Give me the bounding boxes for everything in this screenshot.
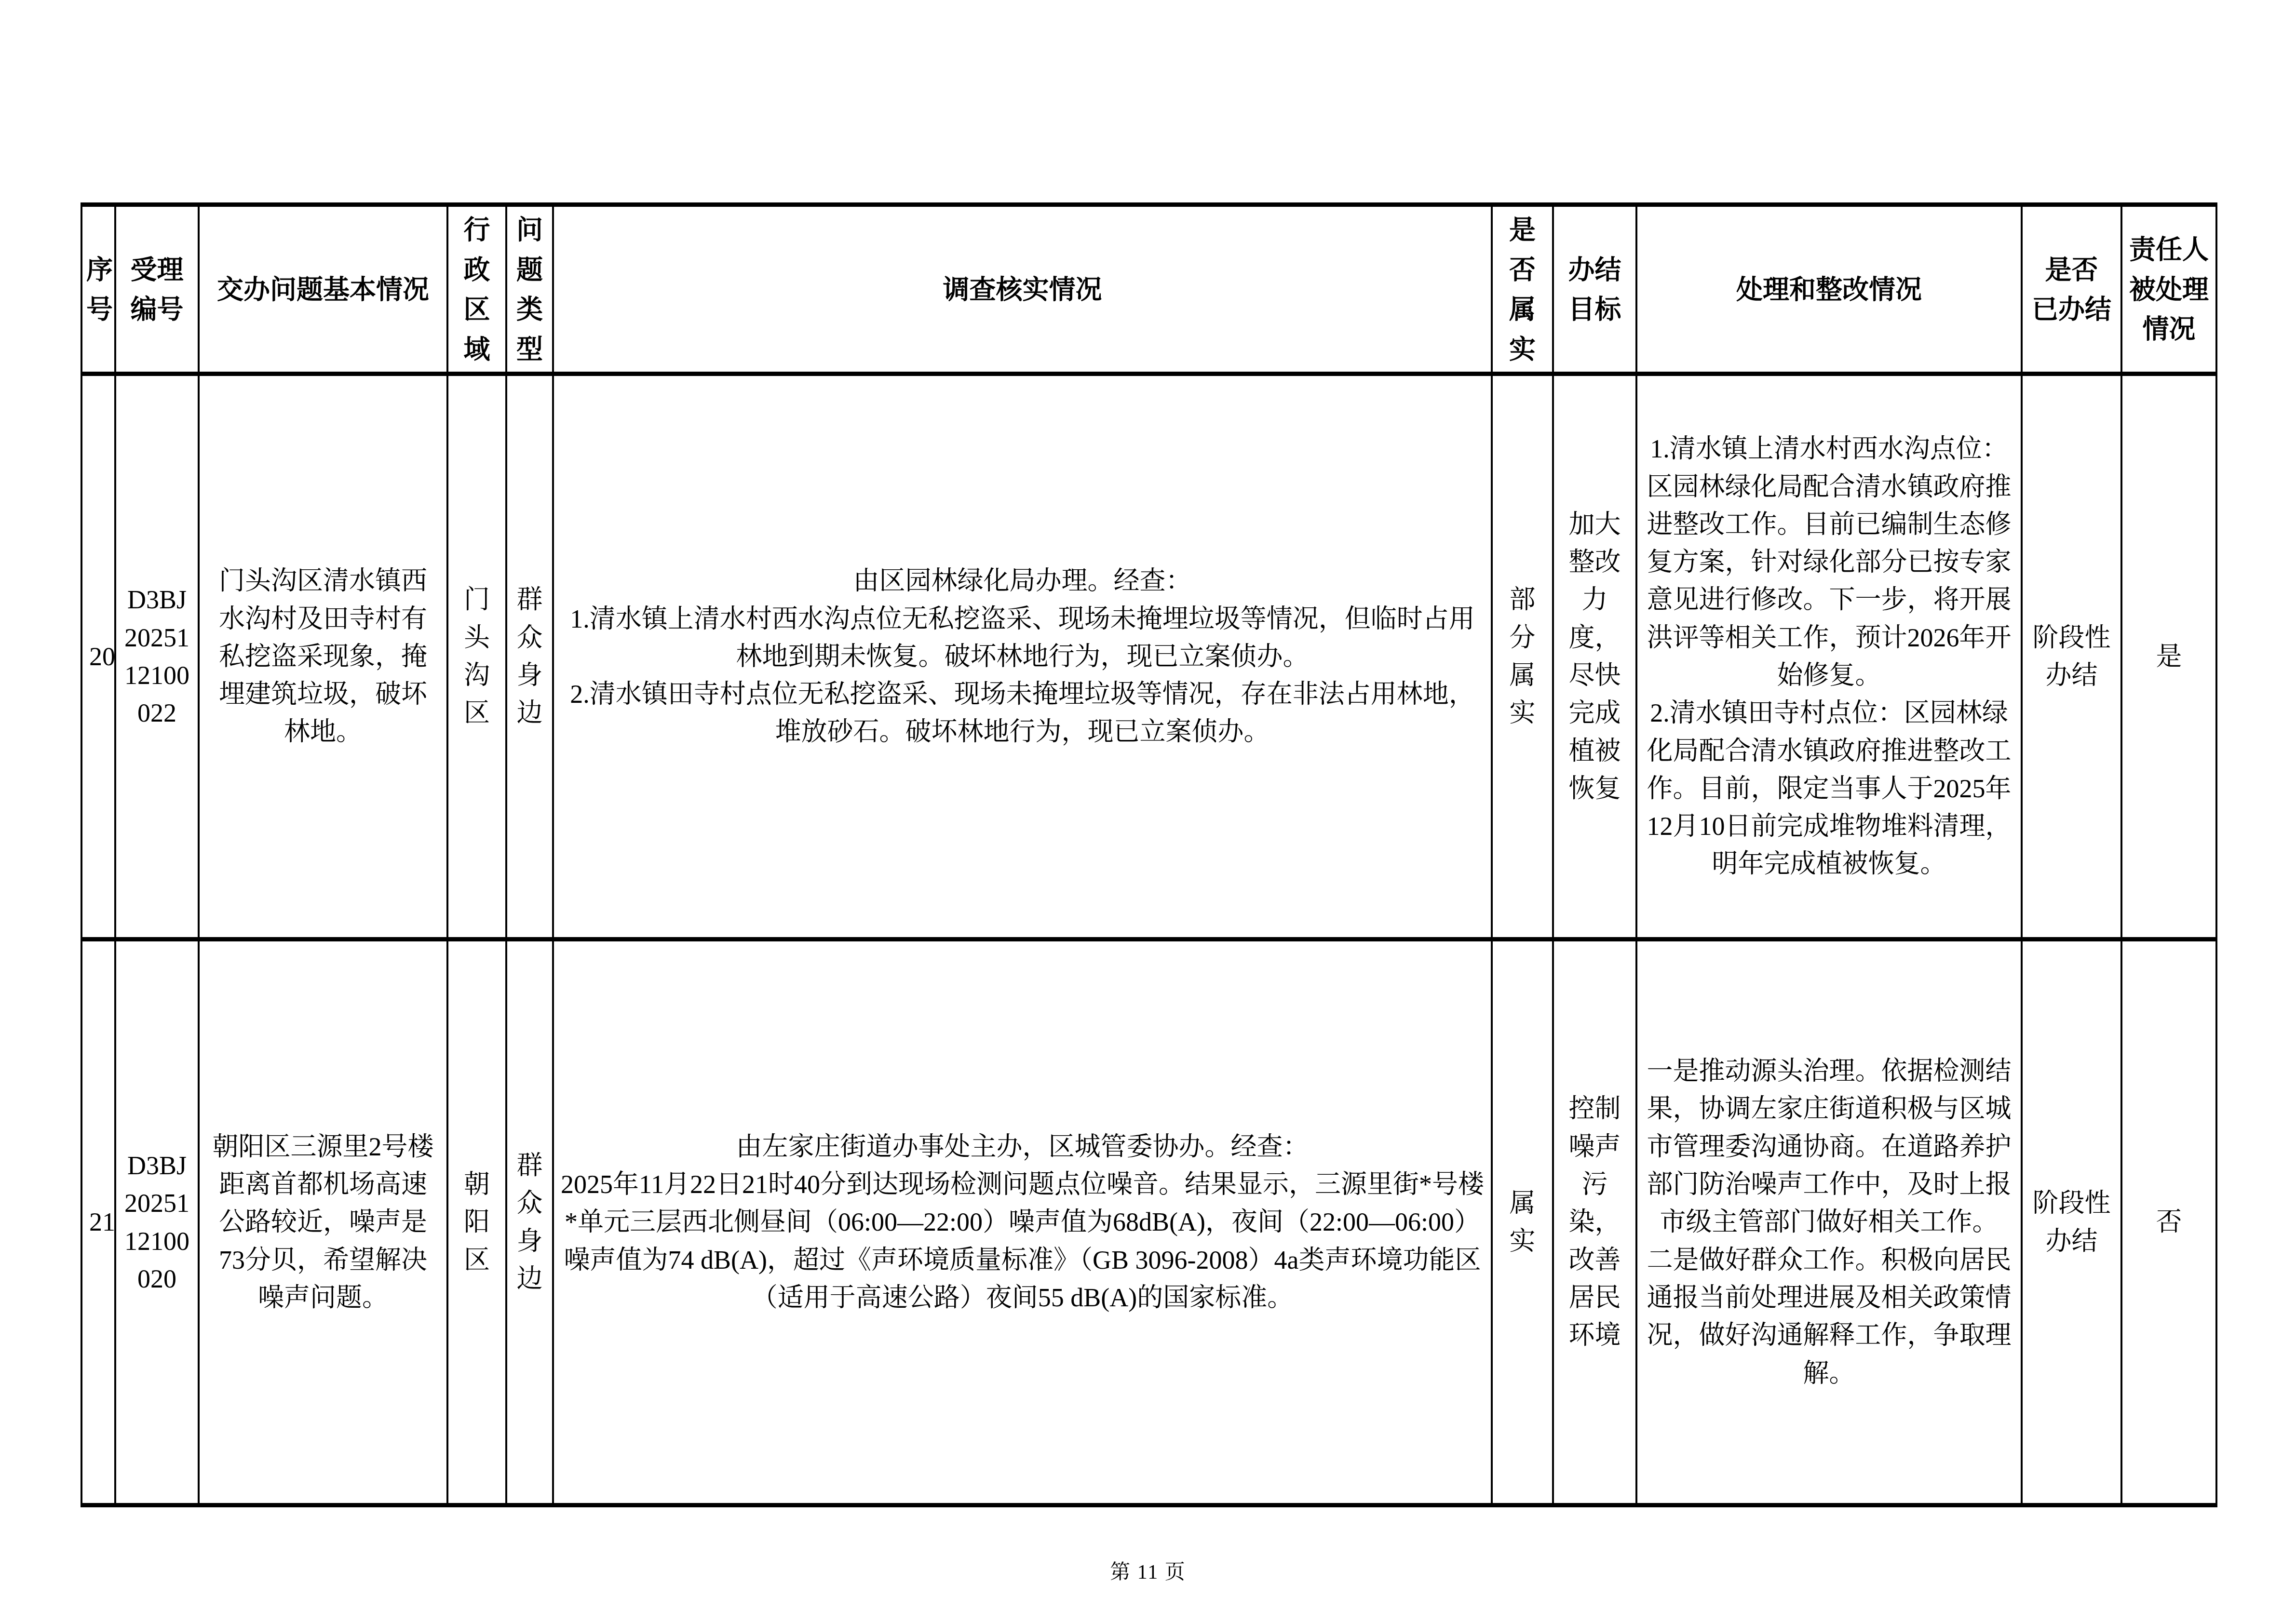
col-header-handling: 处理和整改情况 xyxy=(1636,205,2022,374)
cell-status: 阶段性办结 xyxy=(2022,939,2121,1505)
col-header-responsible: 责任人 被处理 情况 xyxy=(2121,205,2216,374)
col-header-verified: 是否 属实 xyxy=(1492,205,1553,374)
table-row: 20 D3BJ2025112100022 门头沟区清水镇西水沟村及田寺村有私挖盗… xyxy=(81,374,2216,939)
col-header-status: 是否 已办结 xyxy=(2022,205,2121,374)
col-header-region: 行政区域 xyxy=(447,205,506,374)
cell-investigation: 由区园林绿化局办理。经查： 1.清水镇上清水村西水沟点位无私挖盗采、现场未掩埋垃… xyxy=(553,374,1492,939)
cell-responsible: 是 xyxy=(2121,374,2216,939)
cell-problem: 朝阳区三源里2号楼距离首都机场高速公路较近，噪声是73分贝，希望解决噪声问题。 xyxy=(199,939,447,1505)
cell-region: 朝阳区 xyxy=(447,939,506,1505)
cell-case-no: D3BJ2025112100022 xyxy=(115,374,199,939)
cell-handling: 一是推动源头治理。依据检测结果，协调左家庄街道积极与区城市管理委沟通协商。在道路… xyxy=(1636,939,2022,1505)
cell-case-no: D3BJ2025112100020 xyxy=(115,939,199,1505)
cell-type: 群众身边 xyxy=(506,939,553,1505)
complaints-table: 序号 受理 编号 交办问题基本情况 行政区域 问题类型 调查核实情况 是否 属实… xyxy=(81,202,2217,1507)
cell-verified: 部分属实 xyxy=(1492,374,1553,939)
page-number: 第 11 页 xyxy=(0,1556,2296,1585)
cell-verified: 属实 xyxy=(1492,939,1553,1505)
cell-responsible: 否 xyxy=(2121,939,2216,1505)
cell-status: 阶段性办结 xyxy=(2022,374,2121,939)
cell-problem: 门头沟区清水镇西水沟村及田寺村有私挖盗采现象，掩埋建筑垃圾，破坏林地。 xyxy=(199,374,447,939)
col-header-case-no: 受理 编号 xyxy=(115,205,199,374)
cell-investigation: 由左家庄街道办事处主办，区城管委协办。经查： 2025年11月22日21时40分… xyxy=(553,939,1492,1505)
cell-seq: 21 xyxy=(81,939,115,1505)
col-header-type: 问题类型 xyxy=(506,205,553,374)
table-header-row: 序号 受理 编号 交办问题基本情况 行政区域 问题类型 调查核实情况 是否 属实… xyxy=(81,205,2216,374)
cell-seq: 20 xyxy=(81,374,115,939)
col-header-problem: 交办问题基本情况 xyxy=(199,205,447,374)
col-header-goal: 办结 目标 xyxy=(1553,205,1636,374)
table-row: 21 D3BJ2025112100020 朝阳区三源里2号楼距离首都机场高速公路… xyxy=(81,939,2216,1505)
col-header-seq: 序号 xyxy=(81,205,115,374)
cell-region: 门头沟区 xyxy=(447,374,506,939)
cell-goal: 控制噪声污染，改善居民环境 xyxy=(1553,939,1636,1505)
report-sheet: 序号 受理 编号 交办问题基本情况 行政区域 问题类型 调查核实情况 是否 属实… xyxy=(81,202,2215,1507)
col-header-investigation: 调查核实情况 xyxy=(553,205,1492,374)
cell-type: 群众身边 xyxy=(506,374,553,939)
cell-handling: 1.清水镇上清水村西水沟点位：区园林绿化局配合清水镇政府推进整改工作。目前已编制… xyxy=(1636,374,2022,939)
cell-goal: 加大整改力度，尽快完成植被恢复 xyxy=(1553,374,1636,939)
